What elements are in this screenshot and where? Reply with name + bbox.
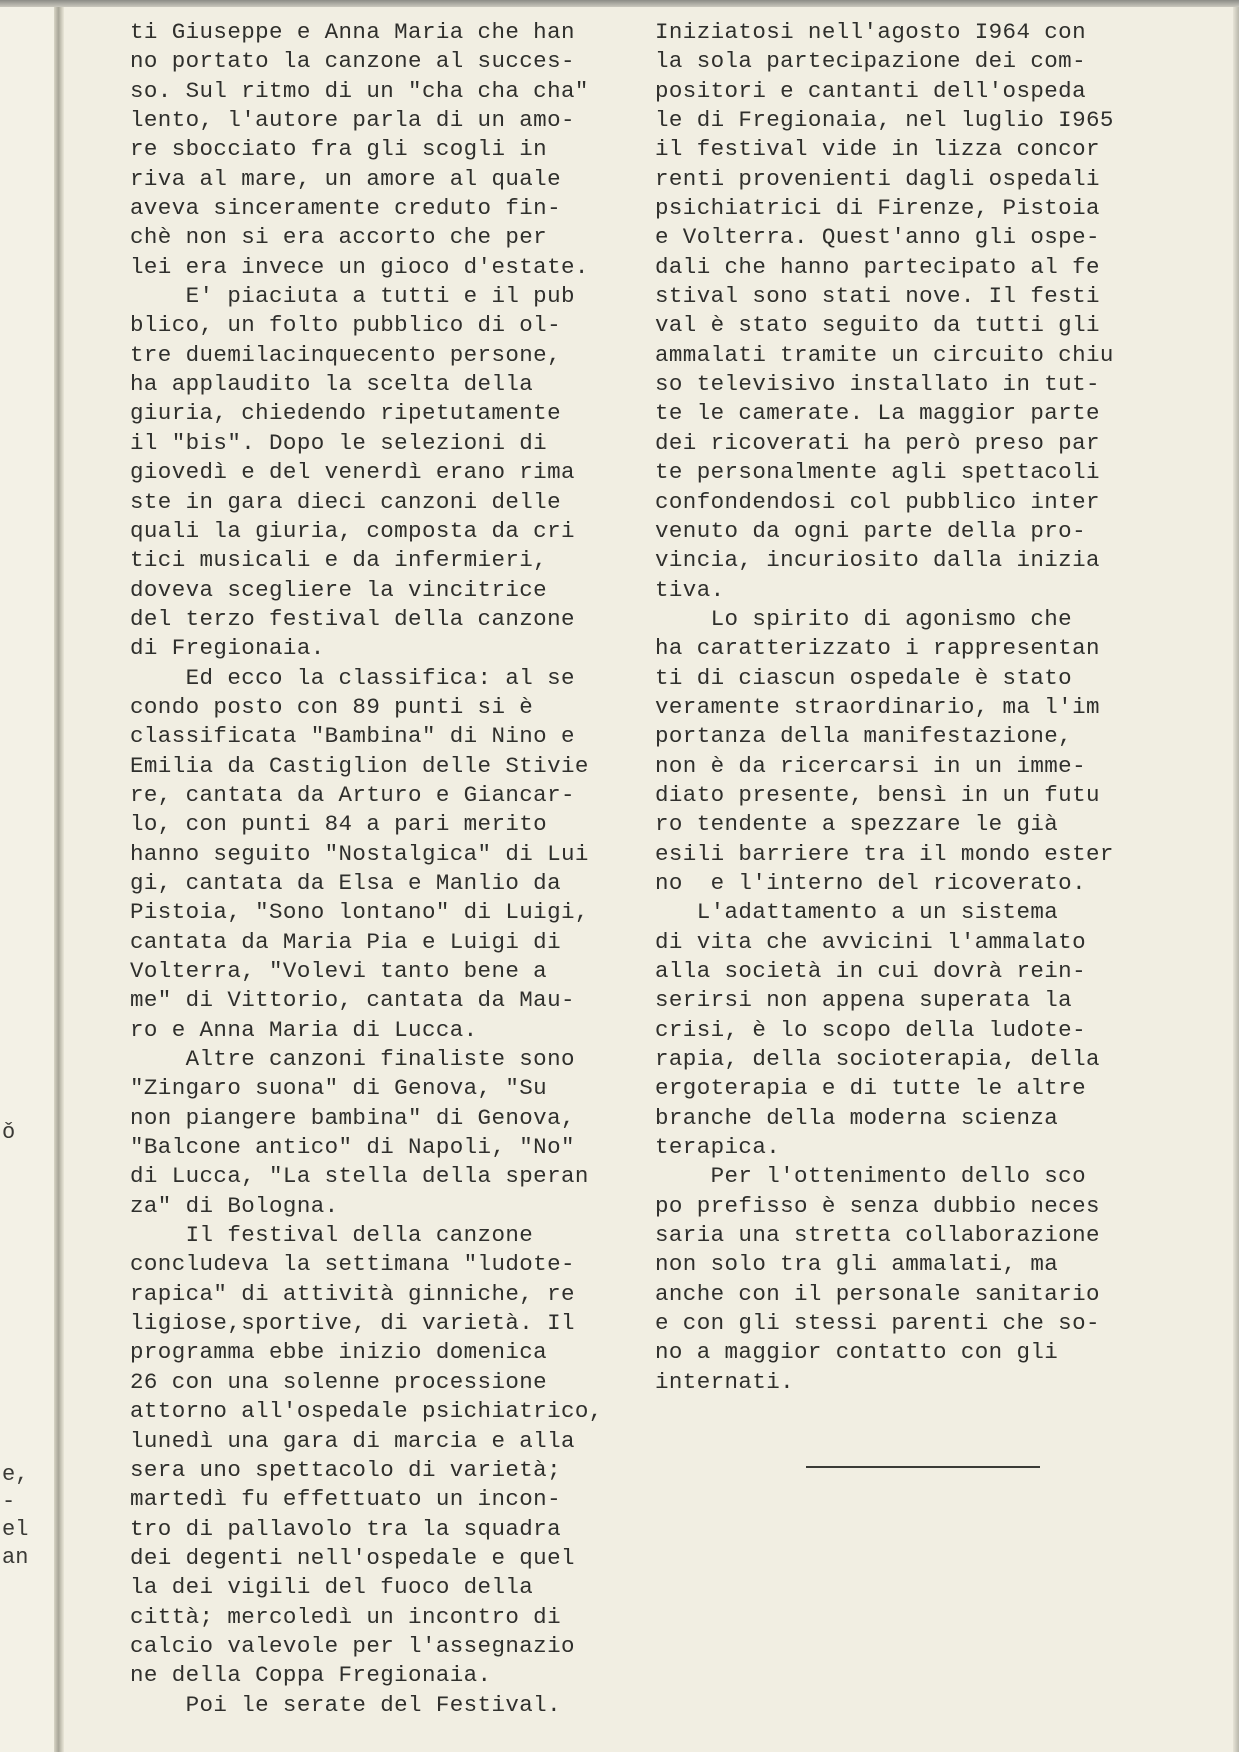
text-line: gi, cantata da Elsa e Manlio da (130, 869, 603, 898)
margin-text-fragment: ǒ (2, 1118, 15, 1147)
text-line: diato presente, bensì in un futu (655, 781, 1114, 810)
text-line: giuria, chiedendo ripetutamente (130, 399, 603, 428)
text-line: ligiose,sportive, di varietà. Il (130, 1309, 603, 1338)
text-line: re sbocciato fra gli scogli in (130, 135, 603, 164)
margin-text-fragment: - (2, 1487, 15, 1516)
text-line: Per l'ottenimento dello sco (655, 1162, 1114, 1191)
text-line: val è stato seguito da tutti gli (655, 311, 1114, 340)
text-line: no portato la canzone al succes- (130, 47, 603, 76)
text-line: di Lucca, "La stella della speran (130, 1162, 603, 1191)
text-line: dei ricoverati ha però preso par (655, 429, 1114, 458)
text-line: il festival vide in lizza concor (655, 135, 1114, 164)
text-line: crisi, è lo scopo della ludote- (655, 1016, 1114, 1045)
text-line: branche della moderna scienza (655, 1104, 1114, 1133)
text-line: po prefisso è senza dubbio neces (655, 1192, 1114, 1221)
text-line: ha caratterizzato i rappresentan (655, 634, 1114, 663)
text-line: Il festival della canzone (130, 1221, 603, 1250)
text-line: la sola partecipazione dei com- (655, 47, 1114, 76)
text-line: serirsi non appena superata la (655, 986, 1114, 1015)
text-line: tici musicali e da infermieri, (130, 546, 603, 575)
text-line: portanza della manifestazione, (655, 722, 1114, 751)
text-line: terapica. (655, 1133, 1114, 1162)
text-line: sera uno spettacolo di varietà; (130, 1456, 603, 1485)
text-line: di vita che avvicini l'ammalato (655, 928, 1114, 957)
text-line: ste in gara dieci canzoni delle (130, 488, 603, 517)
text-line: chè non si era accorto che per (130, 223, 603, 252)
text-line: aveva sinceramente creduto fin- (130, 194, 603, 223)
text-line: venuto da ogni parte della pro- (655, 517, 1114, 546)
text-line: il "bis". Dopo le selezioni di (130, 429, 603, 458)
text-line: za" di Bologna. (130, 1192, 603, 1221)
page-right-edge (1233, 7, 1239, 1752)
text-line: stival sono stati nove. Il festi (655, 282, 1114, 311)
binding-spine (54, 7, 64, 1752)
text-line: la dei vigili del fuoco della (130, 1573, 603, 1602)
text-line: tro di pallavolo tra la squadra (130, 1515, 603, 1544)
scan-top-edge (0, 0, 1239, 7)
text-line: e Volterra. Quest'anno gli ospe- (655, 223, 1114, 252)
text-line: giovedì e del venerdì erano rima (130, 458, 603, 487)
text-line: programma ebbe inizio domenica (130, 1338, 603, 1367)
text-line: quali la giuria, composta da cri (130, 517, 603, 546)
text-line: Emilia da Castiglion delle Stivie (130, 752, 603, 781)
text-line: renti provenienti dagli ospedali (655, 165, 1114, 194)
text-line: riva al mare, un amore al quale (130, 165, 603, 194)
text-line: positori e cantanti dell'ospeda (655, 77, 1114, 106)
text-line: "Balcone antico" di Napoli, "No" (130, 1133, 603, 1162)
right-text-column: Iniziatosi nell'agosto I964 conla sola p… (655, 18, 1114, 1397)
text-line: non solo tra gli ammalati, ma (655, 1250, 1114, 1279)
text-line: no a maggior contatto con gli (655, 1338, 1114, 1367)
text-line: le di Fregionaia, nel luglio I965 (655, 106, 1114, 135)
text-line: di Fregionaia. (130, 634, 603, 663)
text-line: lento, l'autore parla di un amo- (130, 106, 603, 135)
text-line: tre duemilacinquecento persone, (130, 341, 603, 370)
text-line: te personalmente agli spettacoli (655, 458, 1114, 487)
text-line: Altre canzoni finaliste sono (130, 1045, 603, 1074)
text-line: te le camerate. La maggior parte (655, 399, 1114, 428)
text-line: Volterra, "Volevi tanto bene a (130, 957, 603, 986)
text-line: Ed ecco la classifica: al se (130, 664, 603, 693)
text-line: veramente straordinario, ma l'im (655, 693, 1114, 722)
text-line: anche con il personale sanitario (655, 1280, 1114, 1309)
text-line: non piangere bambina" di Genova, (130, 1104, 603, 1133)
text-line: ti Giuseppe e Anna Maria che han (130, 18, 603, 47)
text-line: classificata "Bambina" di Nino e (130, 722, 603, 751)
text-line: so. Sul ritmo di un "cha cha cha" (130, 77, 603, 106)
text-line: condo posto con 89 punti si è (130, 693, 603, 722)
text-line: E' piaciuta a tutti e il pub (130, 282, 603, 311)
text-line: rapica" di attività ginniche, re (130, 1280, 603, 1309)
text-line: 26 con una solenne processione (130, 1368, 603, 1397)
text-line: lo, con punti 84 a pari merito (130, 810, 603, 839)
text-line: lunedì una gara di marcia e alla (130, 1427, 603, 1456)
text-line: me" di Vittorio, cantata da Mau- (130, 986, 603, 1015)
text-line: vincia, incuriosito dalla inizia (655, 546, 1114, 575)
text-line: psichiatrici di Firenze, Pistoia (655, 194, 1114, 223)
text-line: blico, un folto pubblico di ol- (130, 311, 603, 340)
text-line: no e l'interno del ricoverato. (655, 869, 1114, 898)
text-line: ergoterapia e di tutte le altre (655, 1074, 1114, 1103)
text-line: lei era invece un gioco d'estate. (130, 253, 603, 282)
text-line: dali che hanno partecipato al fe (655, 253, 1114, 282)
text-line: del terzo festival della canzone (130, 605, 603, 634)
text-line: re, cantata da Arturo e Giancar- (130, 781, 603, 810)
text-line: ammalati tramite un circuito chiu (655, 341, 1114, 370)
text-line: rapia, della socioterapia, della (655, 1045, 1114, 1074)
text-line: internati. (655, 1368, 1114, 1397)
text-line: ne della Coppa Fregionaia. (130, 1661, 603, 1690)
text-line: ro e Anna Maria di Lucca. (130, 1016, 603, 1045)
text-line: ti di ciascun ospedale è stato (655, 664, 1114, 693)
text-line: esili barriere tra il mondo ester (655, 840, 1114, 869)
text-line: ha applaudito la scelta della (130, 370, 603, 399)
section-end-rule (806, 1466, 1040, 1468)
text-line: cantata da Maria Pia e Luigi di (130, 928, 603, 957)
text-line: tiva. (655, 576, 1114, 605)
text-line: calcio valevole per l'assegnazio (130, 1632, 603, 1661)
text-line: non è da ricercarsi in un imme- (655, 752, 1114, 781)
text-line: so televisivo installato in tut- (655, 370, 1114, 399)
text-line: "Zingaro suona" di Genova, "Su (130, 1074, 603, 1103)
text-line: L'adattamento a un sistema (655, 898, 1114, 927)
text-line: città; mercoledì un incontro di (130, 1603, 603, 1632)
margin-text-fragment: el (2, 1515, 28, 1544)
text-line: martedì fu effettuato un incon- (130, 1485, 603, 1514)
text-line: hanno seguito "Nostalgica" di Lui (130, 840, 603, 869)
text-line: confondendosi col pubblico inter (655, 488, 1114, 517)
margin-text-fragment: e, (2, 1460, 28, 1489)
text-line: e con gli stessi parenti che so- (655, 1309, 1114, 1338)
left-text-column: ti Giuseppe e Anna Maria che hanno porta… (130, 18, 603, 1720)
text-line: doveva scegliere la vincitrice (130, 576, 603, 605)
text-line: dei degenti nell'ospedale e quel (130, 1544, 603, 1573)
text-line: saria una stretta collaborazione (655, 1221, 1114, 1250)
margin-text-fragment: an (2, 1543, 28, 1572)
text-line: alla società in cui dovrà rein- (655, 957, 1114, 986)
text-line: ro tendente a spezzare le già (655, 810, 1114, 839)
text-line: attorno all'ospedale psichiatrico, (130, 1397, 603, 1426)
text-line: Iniziatosi nell'agosto I964 con (655, 18, 1114, 47)
text-line: Lo spirito di agonismo che (655, 605, 1114, 634)
text-line: Pistoia, "Sono lontano" di Luigi, (130, 898, 603, 927)
text-line: concludeva la settimana "ludote- (130, 1250, 603, 1279)
text-line: Poi le serate del Festival. (130, 1691, 603, 1720)
